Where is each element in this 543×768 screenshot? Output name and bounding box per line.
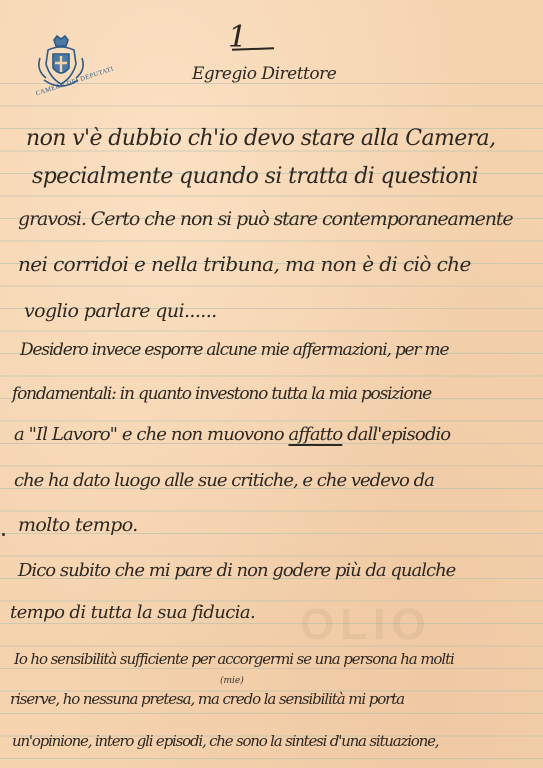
interlinear-insertion: (mie): [220, 676, 244, 686]
text-line-12: tempo di tutta la sua fiducia.: [10, 602, 255, 623]
text-line-6: Desidero invece esporre alcune mie affer…: [20, 340, 448, 360]
text-line-8: a "Il Lavoro" e che non muovono affatto …: [14, 424, 450, 445]
text-line-5: voglio parlare qui......: [24, 300, 217, 322]
page-number-underline: [232, 47, 274, 50]
show-through-stamp: OLIO: [300, 600, 432, 650]
margin-mark: [2, 533, 5, 536]
text-line-7: fondamentali: in quanto investono tutta …: [12, 384, 431, 404]
text-line-9: che ha dato luogo alle sue critiche, e c…: [14, 470, 434, 491]
salutation: Egregio Direttore: [192, 64, 336, 84]
text-line-8-end: dall'episodio: [347, 424, 450, 445]
text-line-3: gravosi. Certo che non si può stare cont…: [18, 208, 513, 230]
text-line-11: Dico subito che mi pare di non godere pi…: [18, 560, 455, 581]
text-line-1: non v'è dubbio ch'io devo stare alla Cam…: [26, 126, 495, 151]
text-line-8-start: a "Il Lavoro" e che non muovono: [14, 424, 284, 445]
text-line-10: molto tempo.: [18, 514, 138, 536]
underlined-word: affatto: [288, 424, 342, 445]
text-line-14: riserve, ho nessuna pretesa, ma credo la…: [10, 690, 404, 708]
text-line-15: un'opinione, intero gli episodi, che son…: [12, 732, 438, 750]
letter-page: OLIO CAMERA DEI DEPUTATI 1 Egregio Diret…: [0, 0, 543, 768]
text-line-4: nei corridoi e nella tribuna, ma non è d…: [18, 252, 471, 276]
text-line-2: specialmente quando si tratta di questio…: [32, 164, 478, 189]
text-line-13: Io ho sensibilità sufficiente per accorg…: [14, 650, 454, 668]
